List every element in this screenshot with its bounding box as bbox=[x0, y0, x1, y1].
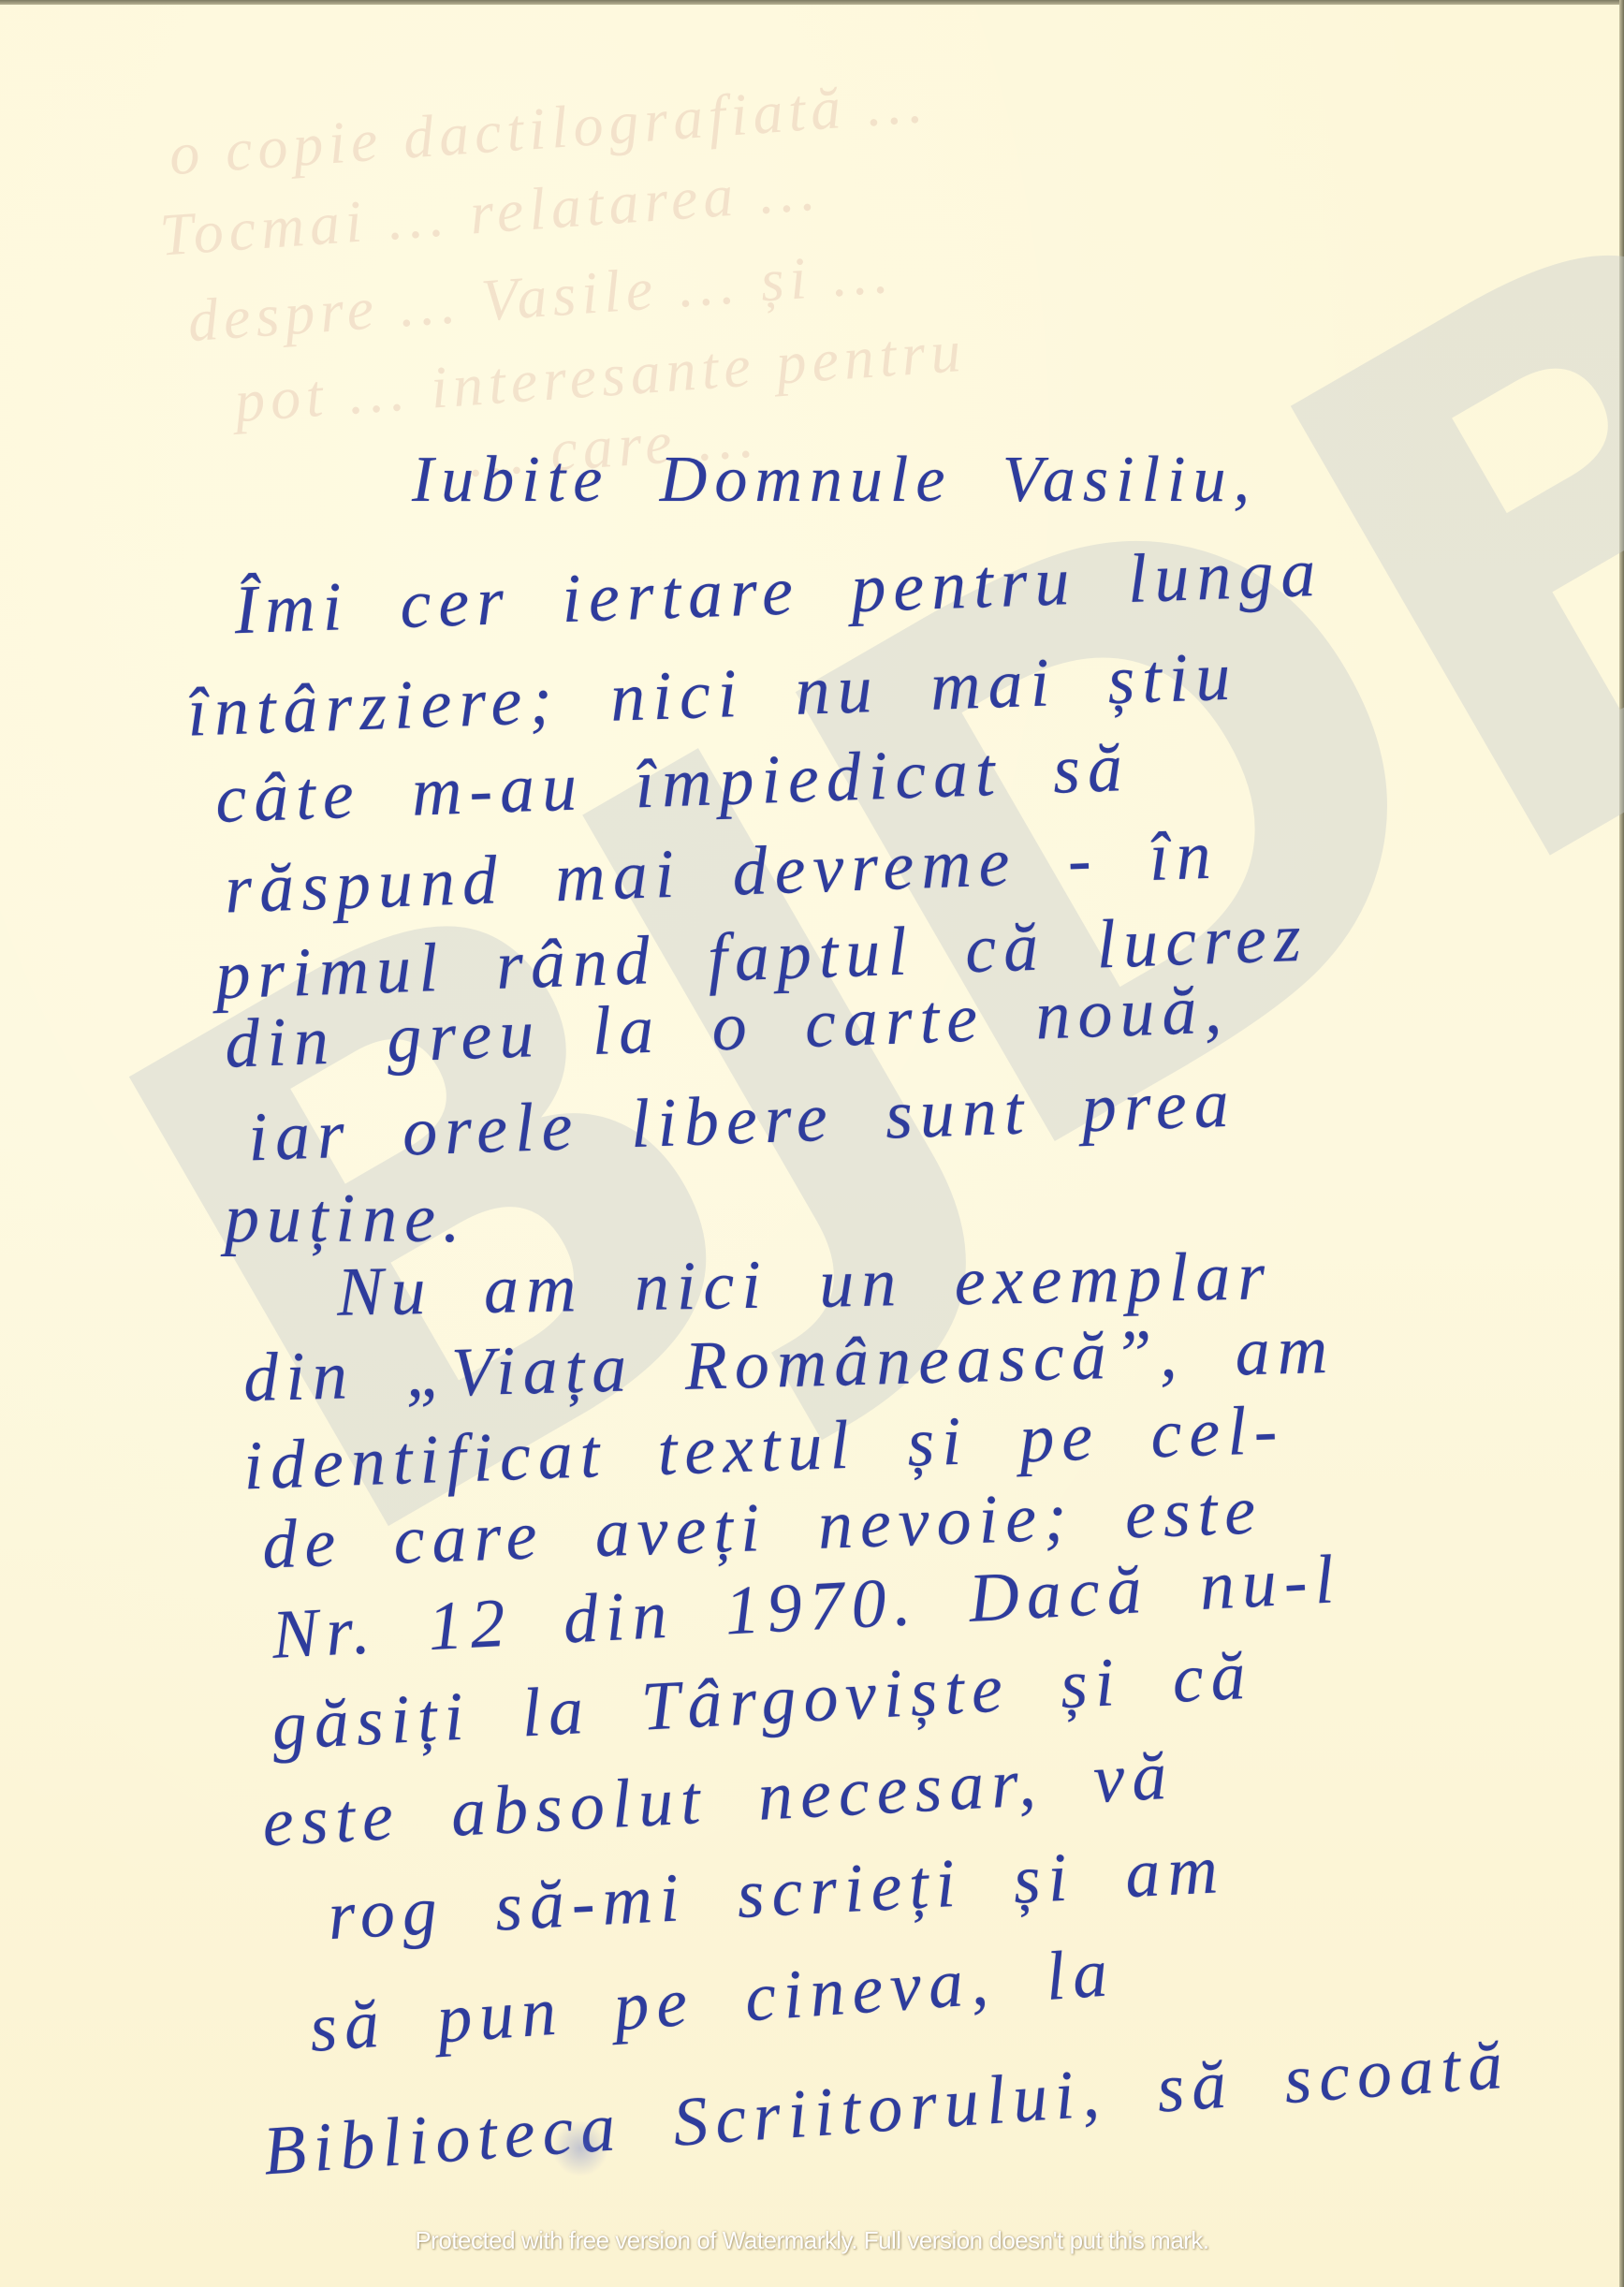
watermarkly-notice: Protected with free version of Watermark… bbox=[0, 2226, 1624, 2255]
paper-right-edge bbox=[1619, 0, 1624, 2287]
letter-line: rog să-mi scrieți și am bbox=[327, 1835, 1227, 1951]
letter-salutation: Iubite Domnule Vasiliu, bbox=[412, 447, 1257, 513]
paper-top-edge bbox=[0, 0, 1624, 5]
letter-line: puține. bbox=[225, 1184, 467, 1253]
letter-line: iar orele libere sunt prea bbox=[247, 1069, 1237, 1173]
letter-line: Îmi cer iertare pentru lunga bbox=[233, 538, 1324, 646]
ink-smudge bbox=[552, 2120, 608, 2177]
letter-line: Nu am nici un exemplar bbox=[336, 1241, 1272, 1327]
letter-line: să pun pe cineva, la bbox=[307, 1938, 1117, 2063]
letter-page: o copie dactilografiată ... Tocmai ... r… bbox=[0, 0, 1624, 2287]
letter-line: câte m-au împiedicat să bbox=[214, 733, 1131, 834]
